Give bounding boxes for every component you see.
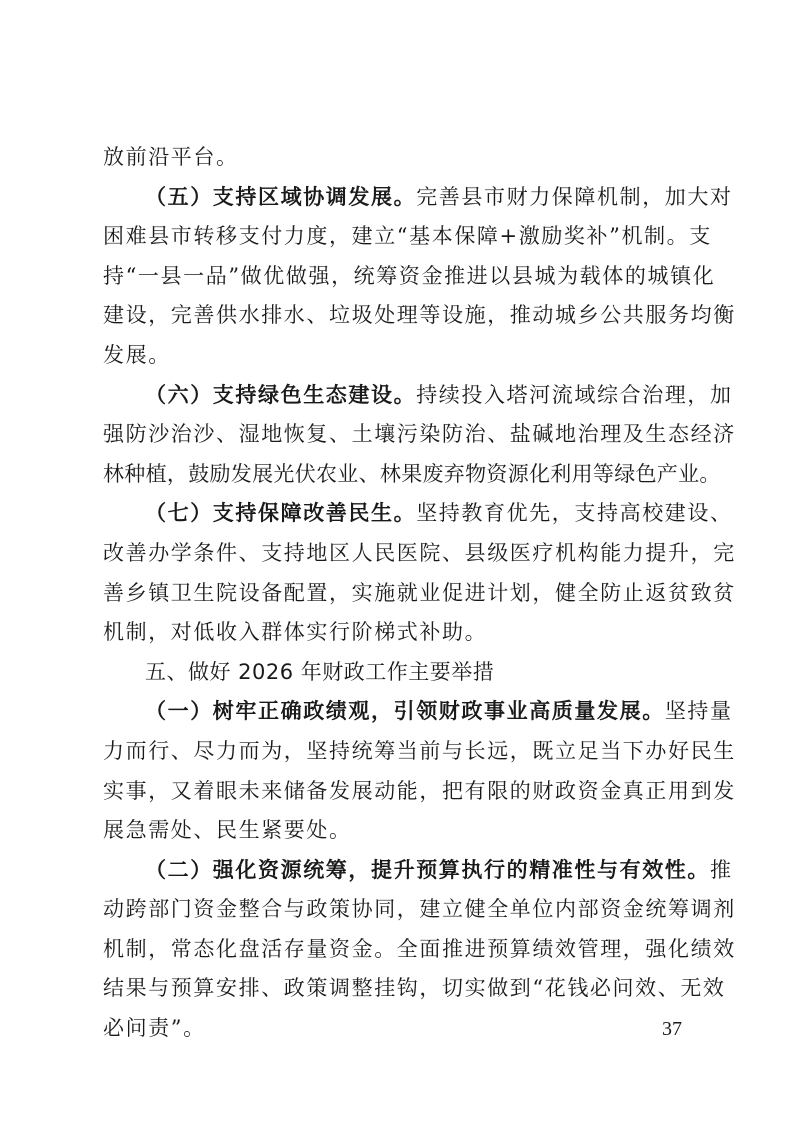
text-line: 林种植，鼓励发展光伏农业、林果废弃物资源化利用等绿色产业。: [103, 455, 703, 495]
text-line: 必问责”。: [103, 1009, 703, 1049]
text-line: 善乡镇卫生院设备配置，实施就业促进计划，健全防止返贫致贫: [103, 574, 703, 614]
section-heading: 五、做好 2026 年财政工作主要举措: [103, 653, 703, 693]
section-lead: （二）强化资源统筹，提升预算执行的精准性与有效性。: [145, 858, 710, 882]
text-line: 动跨部门资金整合与政策协同，建立健全单位内部资金统筹调剂: [103, 890, 703, 930]
section-lead: （七）支持保障改善民生。: [145, 501, 416, 525]
text-line: 机制，常态化盘活存量资金。全面推进预算绩效管理，强化绩效: [103, 930, 703, 970]
text-line: 结果与预算安排、政策调整挂钩，切实做到“花钱必问效、无效: [103, 969, 703, 1009]
text-line: 持续投入塔河流域综合治理，加: [416, 383, 732, 407]
section-7-livelihood: （七）支持保障改善民生。坚持教育优先，支持高校建设、: [103, 494, 703, 534]
text-line: 困难县市转移支付力度，建立“基本保障+激励奖补”机制。支: [103, 217, 703, 257]
document-page: 放前沿平台。 （五）支持区域协调发展。完善县市财力保障机制，加大对 困难县市转移…: [0, 0, 793, 1122]
text-line: 力而行、尽力而为，坚持统筹当前与长远，既立足当下办好民生: [103, 732, 703, 772]
text-line: 坚持量: [665, 699, 733, 723]
page-number: 37: [662, 1018, 682, 1041]
text-line: 完善县市财力保障机制，加大对: [416, 185, 732, 209]
text-line: 放前沿平台。: [103, 145, 239, 169]
text-line: 实事，又着眼未来储备发展动能，把有限的财政资金真正用到发: [103, 772, 703, 812]
measure-1-performance-view: （一）树牢正确政绩观，引领财政事业高质量发展。坚持量: [103, 692, 703, 732]
text-line: 建设，完善供水排水、垃圾处理等设施，推动城乡公共服务均衡: [103, 296, 703, 336]
text-line: 推: [710, 858, 733, 882]
measure-2-resource-coordination: （二）强化资源统筹，提升预算执行的精准性与有效性。推: [103, 851, 703, 891]
text-line: 展急需处、民生紧要处。: [103, 811, 703, 851]
text-line: 坚持教育优先，支持高校建设、: [416, 501, 732, 525]
section-lead: （六）支持绿色生态建设。: [145, 383, 416, 407]
text-line: 持“一县一品”做优做强，统筹资金推进以县城为载体的城镇化: [103, 257, 703, 297]
section-lead: （一）树牢正确政绩观，引领财政事业高质量发展。: [145, 699, 665, 723]
section-6-green-ecology: （六）支持绿色生态建设。持续投入塔河流域综合治理，加: [103, 376, 703, 416]
section-5-support-regional: （五）支持区域协调发展。完善县市财力保障机制，加大对: [103, 178, 703, 218]
text-line: 机制，对低收入群体实行阶梯式补助。: [103, 613, 703, 653]
text-line: 改善办学条件、支持地区人民医院、县级医疗机构能力提升，完: [103, 534, 703, 574]
page-body: 放前沿平台。 （五）支持区域协调发展。完善县市财力保障机制，加大对 困难县市转移…: [103, 138, 703, 1049]
paragraph-continuation: 放前沿平台。: [103, 138, 703, 178]
text-line: 强防沙治沙、湿地恢复、土壤污染防治、盐碱地治理及生态经济: [103, 415, 703, 455]
text-line: 发展。: [103, 336, 703, 376]
section-lead: （五）支持区域协调发展。: [145, 185, 416, 209]
